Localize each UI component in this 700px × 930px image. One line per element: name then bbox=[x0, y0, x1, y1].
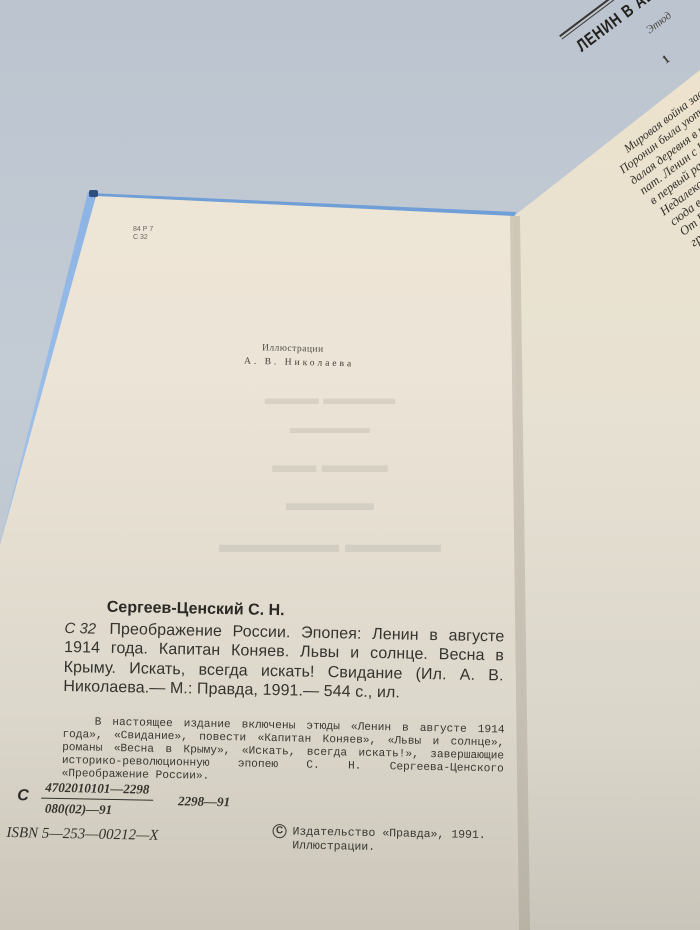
show-through-text: ▬▬ ▬▬▬ bbox=[205, 452, 455, 478]
show-through-text: ▬▬▬▬ bbox=[205, 490, 455, 516]
book-photo: 84 Р 7 С 32 Иллюстрации А. В. Николаева … bbox=[0, 0, 700, 930]
bbk-line: С 32 bbox=[133, 234, 153, 242]
chapter-title: ЛЕНИН В АВГУСТЕ 1914 ГОДА bbox=[573, 0, 700, 56]
show-through-text: ▬▬▬▬▬ bbox=[205, 420, 455, 438]
fraction-numerator: 4702010101—2298 bbox=[41, 780, 153, 801]
copyright-icon: C bbox=[272, 824, 286, 838]
chapter-subtitle: Этюд bbox=[644, 10, 674, 37]
book-description: Преображение России. Эпопея: Ленин в авг… bbox=[63, 619, 504, 705]
catalog-fraction: 4702010101—2298 080(02)—91 bbox=[41, 780, 154, 819]
bbk-code: 84 Р 7 С 32 bbox=[133, 226, 153, 242]
show-through-text: ▬▬▬ ▬▬▬▬ bbox=[205, 388, 455, 409]
cover-corner bbox=[89, 190, 98, 197]
copyright: CИздательство «Правда», 1991. Иллюстраци… bbox=[272, 824, 486, 857]
catalog-letter: С bbox=[17, 787, 29, 805]
fraction-denominator: 080(02)—91 bbox=[41, 799, 153, 819]
show-through-text: ▬▬▬▬▬ ▬▬▬▬ bbox=[205, 532, 455, 559]
edition-note: В настоящее издание включены этюды «Лени… bbox=[61, 716, 504, 789]
bbk-line: 84 Р 7 bbox=[133, 226, 153, 234]
chapter-number: 1 bbox=[659, 52, 673, 68]
isbn: ISBN 5—253—00212—X bbox=[6, 825, 158, 845]
order-code: 2298—91 bbox=[178, 793, 230, 810]
illustrations-label: Иллюстрации bbox=[262, 343, 324, 355]
author-name: Сергеев-Ценский С. Н. bbox=[107, 599, 285, 620]
